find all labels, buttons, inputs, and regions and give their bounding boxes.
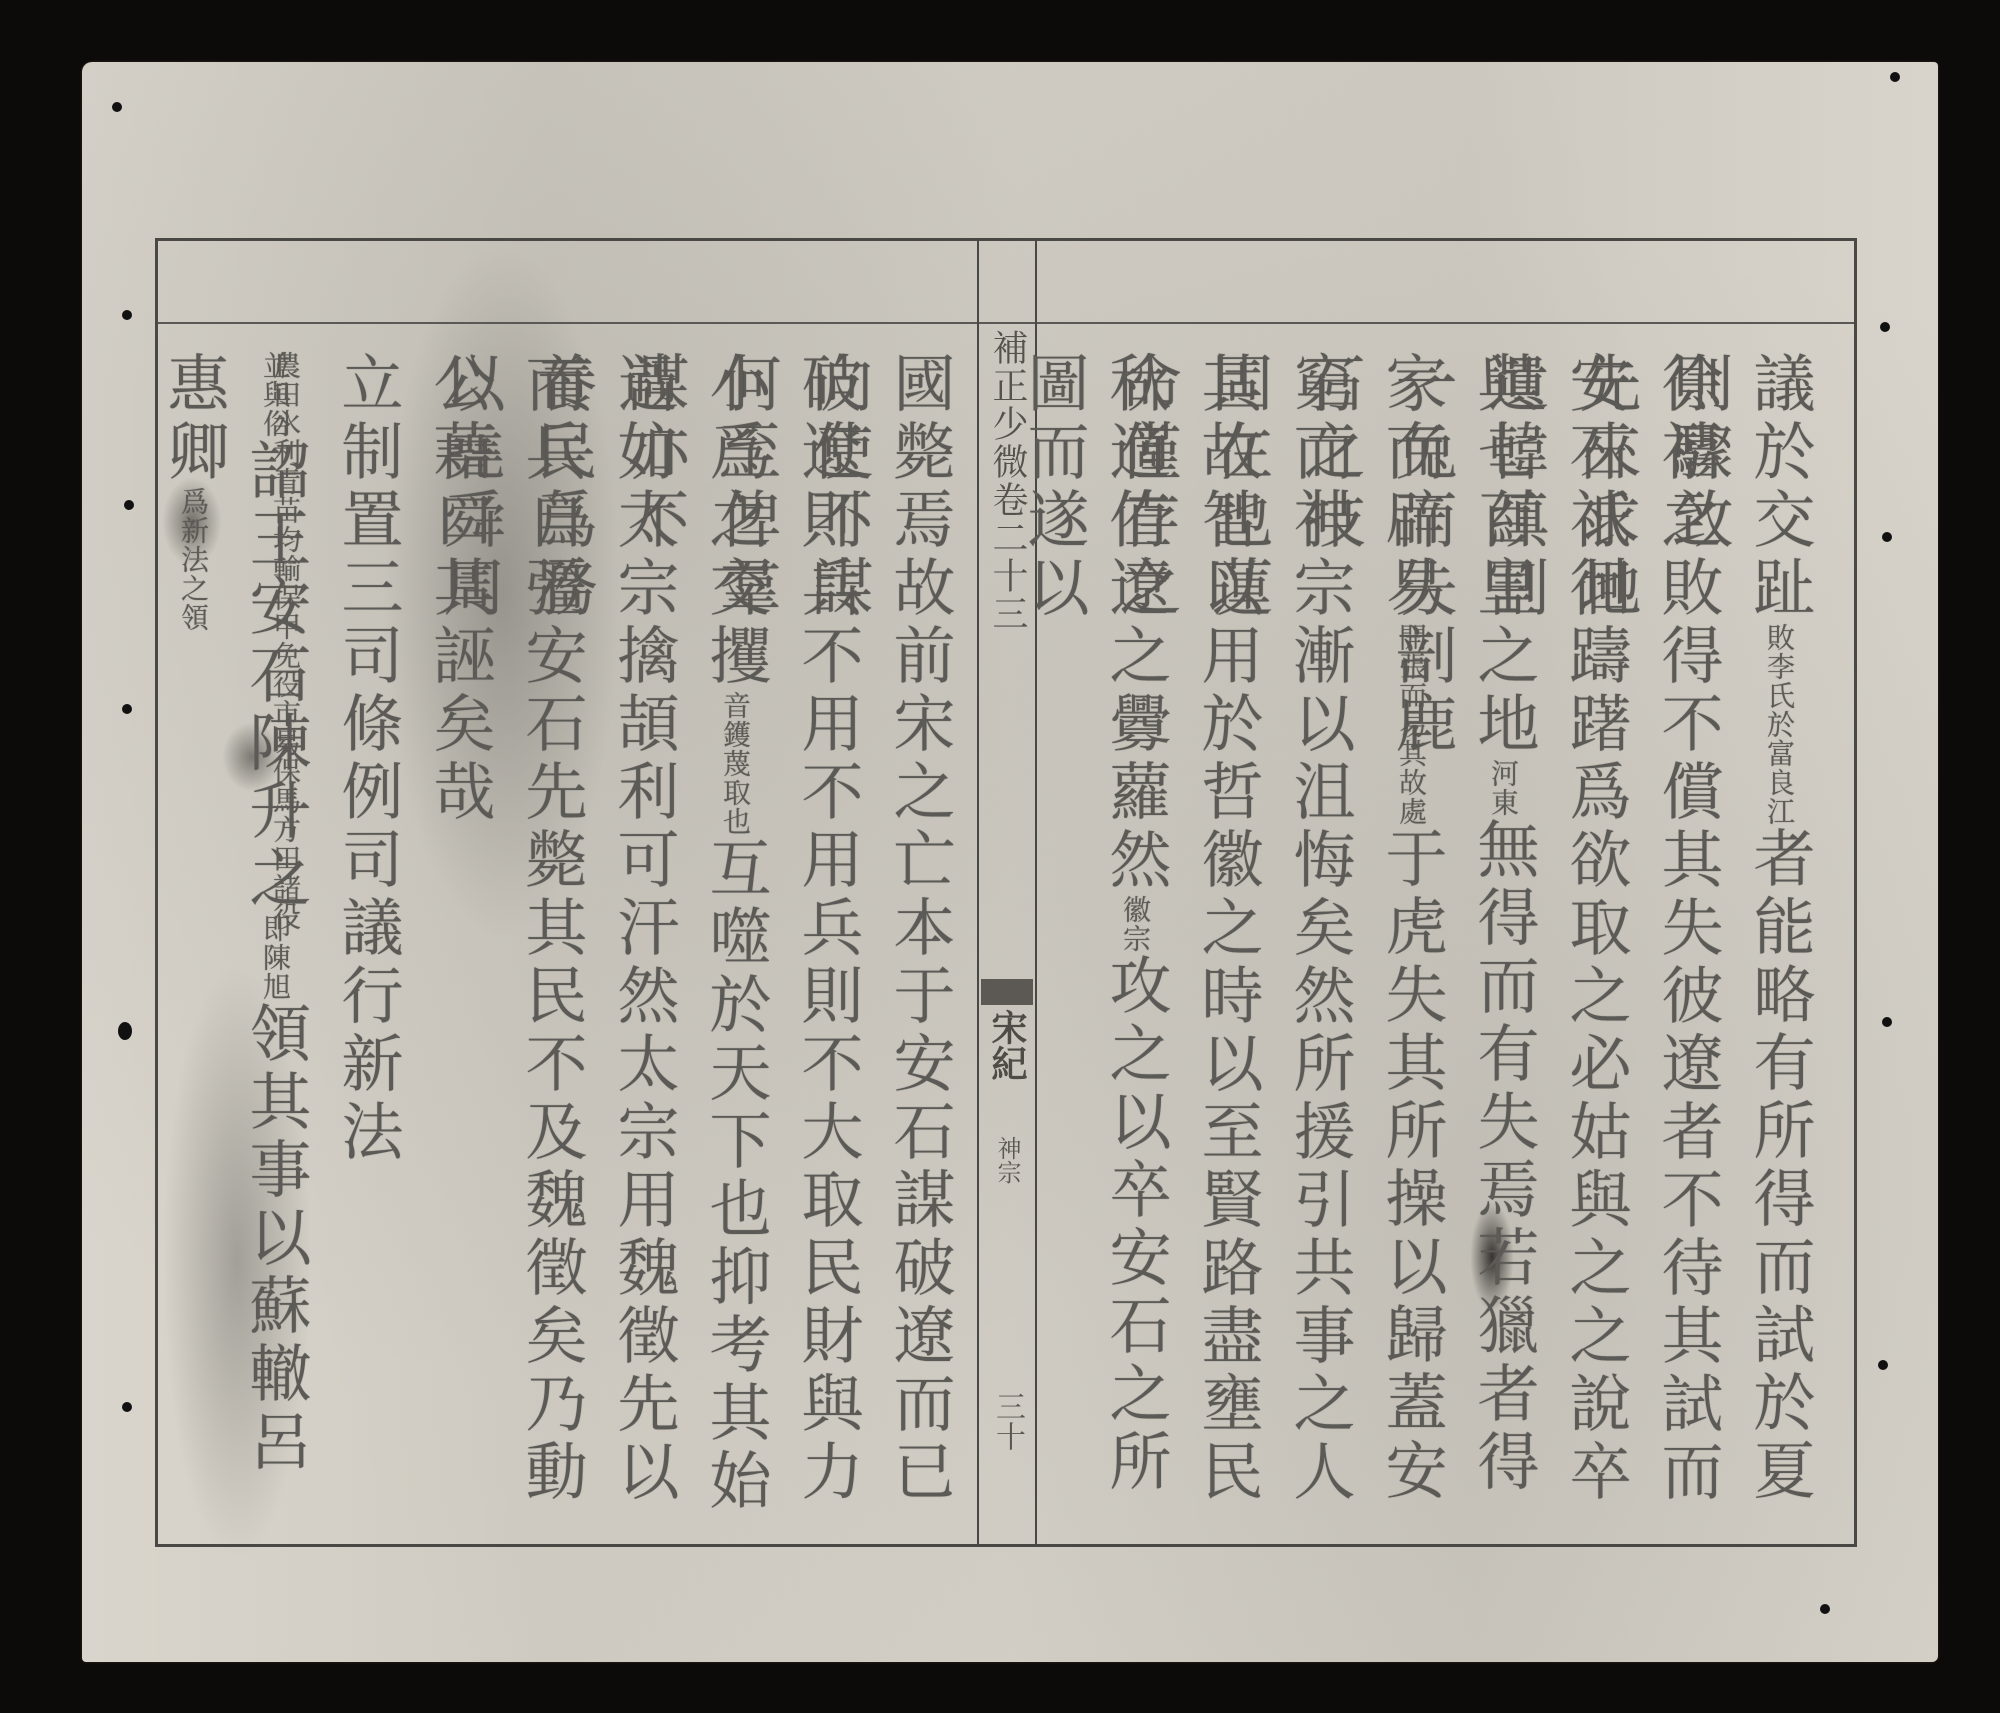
binding-hole (124, 500, 134, 510)
text-column: 秋適值遼之釁蘿然徽宗攻之以卒安石之所圖而遂以 (1012, 351, 1176, 1531)
binding-hole (1880, 322, 1890, 332)
binding-hole (1890, 72, 1900, 82)
annotation: 敗李氏於富良江 (1764, 623, 1794, 826)
binding-hole (112, 102, 122, 112)
print-frame: 國斃焉故前宋之亡本于安石謀破遼而已向使不謀 破遼則兵不用不用兵則不大取民財與力何… (155, 238, 1857, 1547)
text-column: 並與俗詔王安石陳升之即陳旭領其事以蘇轍呂惠卿爲新法之領 (152, 351, 316, 1531)
text-column: 公藉口其誣矣哉 (418, 351, 500, 1531)
annotation: 並與俗 (260, 351, 290, 438)
annotation: 爲新法之領 (178, 487, 208, 632)
binding-hole (1820, 1604, 1830, 1614)
annotation: 河東 (1488, 759, 1518, 817)
left-half-page: 國斃焉故前宋之亡本于安石謀破遼而已向使不謀 破遼則兵不用不用兵則不大取民財與力何… (158, 323, 976, 1544)
annotation: 音鑊蔑取也 (720, 691, 750, 836)
binding-hole (1878, 1360, 1888, 1370)
binding-hole (122, 1402, 132, 1412)
right-half-page: 議於交趾敗李氏於富良江者能略有所得而試於夏則驟致 徐禧之敗得不償其失彼遼者不待其… (1035, 323, 1854, 1544)
binding-hole (1882, 1017, 1892, 1027)
binding-hole (1882, 532, 1892, 542)
annotation: 即陳旭 (260, 914, 290, 1001)
binding-hole (118, 1022, 132, 1040)
binding-hole (122, 704, 132, 714)
binding-hole (122, 310, 132, 320)
annotation: 徽宗 (1120, 895, 1150, 953)
annotation: 開張而易其故處 (1396, 623, 1426, 826)
